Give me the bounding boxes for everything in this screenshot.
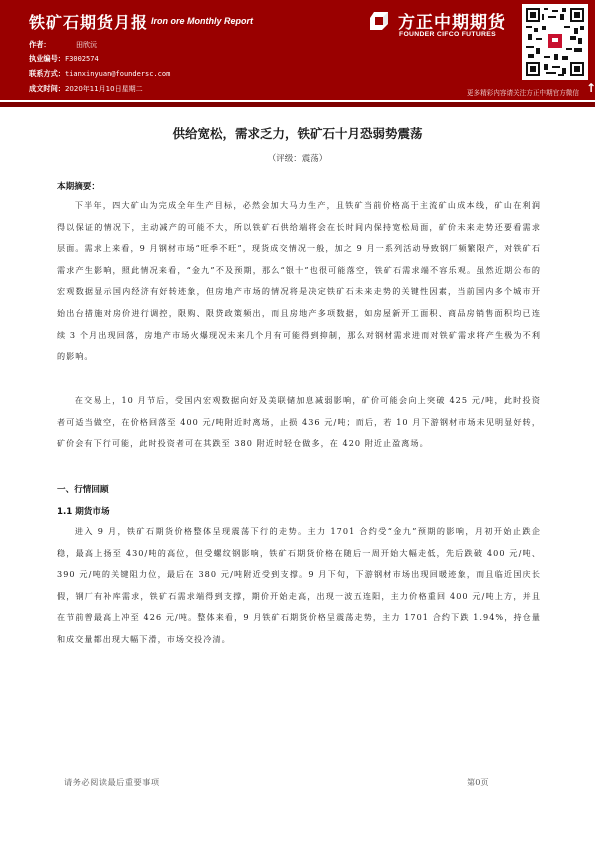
meta-author: 作者： 田欣沅 [29,40,51,50]
meta-contact-label: 联系方式： [29,69,65,78]
meta-author-label: 作者： [29,40,51,49]
summary-heading: 本期摘要： [57,180,100,192]
meta-contact-email[interactable]: tianxinyuan@foundersc.com [65,70,170,78]
header-strip [0,102,595,107]
meta-contact: 联系方式：tianxinyuan@foundersc.com [29,69,170,79]
follow-wechat-text: 更多精彩内容请关注方正中期官方微信 [467,87,579,97]
report-title-en: Iron ore Monthly Report [151,16,253,26]
meta-date: 成文时间：2020年11月10日星期二 [29,84,143,94]
summary-paragraph-1: 下半年，四大矿山为完成全年生产目标，必然会加大马力生产，且铁矿当前价格高于主流矿… [57,195,541,368]
meta-license: 执业编号：F3002574 [29,54,99,64]
summary-paragraph-2: 在交易上，10 月节后，受国内宏观数据向好及美联储加息减弱影响，矿价可能会向上突… [57,390,541,455]
document-title: 供给宽松，需求乏力，铁矿石十月恐弱势震荡 [0,124,595,142]
meta-license-label: 执业编号： [29,54,65,63]
meta-license-value: F3002574 [65,55,99,63]
meta-date-value: 2020年11月10日星期二 [65,85,143,93]
logo-name-en: FOUNDER CIFCO FUTURES [399,31,496,38]
futures-market-paragraph: 进入 9 月，铁矿石期货价格整体呈现震荡下行的走势。主力 1701 合约受“金九… [57,521,541,651]
report-page: 铁矿石期货月报 Iron ore Monthly Report 作者： 田欣沅 … [0,0,595,842]
page-number: 第0页 [467,777,489,788]
section-1-1-heading: 1.1 期货市场 [57,505,110,517]
section-1-heading: 一、行情回顾 [57,483,109,495]
logo-name-cn: 方正中期期货 [398,8,506,33]
report-title: 铁矿石期货月报 [29,10,148,33]
footer-disclaimer: 请务必阅读最后重要事项 [64,777,160,788]
wechat-qr-code-icon [522,4,588,80]
founder-logo-icon [368,10,390,32]
arrow-up-icon: ↑ [586,82,595,94]
meta-date-label: 成文时间： [29,84,65,93]
rating-label: （评级：震荡） [0,152,595,164]
meta-author-value: 田欣沅 [76,40,97,50]
